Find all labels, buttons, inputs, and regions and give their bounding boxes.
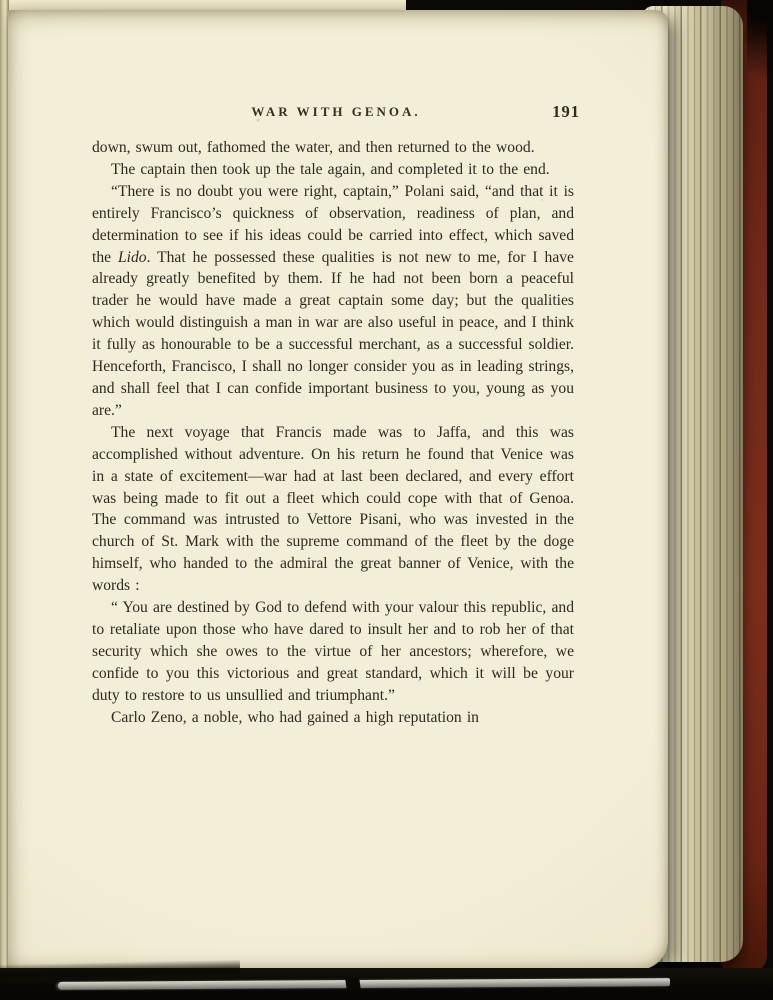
paragraph: The next voyage that Francis made was to… <box>92 422 574 597</box>
cover-corner-shadow <box>747 0 773 96</box>
italic-text: Lido <box>118 249 147 266</box>
page-body: down, swum out, fathomed the water, and … <box>92 137 574 728</box>
paragraph: “There is no doubt you were right, capta… <box>92 181 574 422</box>
running-header-title: WAR WITH GENOA. <box>92 104 580 120</box>
book-scan: WAR WITH GENOA. 191 down, swum out, fath… <box>0 0 773 1000</box>
cradle-glass-gap <box>345 977 361 991</box>
text-run: Carlo Zeno, a noble, who had gained a hi… <box>111 709 479 726</box>
text-run: . That he possessed these qualities is n… <box>92 249 574 419</box>
text-run: The captain then took up the tale again,… <box>111 161 550 178</box>
text-run: “ You are destined by God to defend with… <box>92 599 574 704</box>
paragraph: “ You are destined by God to defend with… <box>92 597 574 707</box>
paragraph: down, swum out, fathomed the water, and … <box>92 137 574 159</box>
paragraph: Carlo Zeno, a noble, who had gained a hi… <box>92 707 574 729</box>
text-run: down, swum out, fathomed the water, and … <box>92 139 535 156</box>
page-content: WAR WITH GENOA. 191 down, swum out, fath… <box>8 10 668 970</box>
paragraph: The captain then took up the tale again,… <box>92 159 574 181</box>
page-number: 191 <box>552 102 580 122</box>
running-head: WAR WITH GENOA. 191 <box>92 104 580 122</box>
book-page: WAR WITH GENOA. 191 down, swum out, fath… <box>8 10 668 970</box>
text-run: The next voyage that Francis made was to… <box>92 424 574 594</box>
